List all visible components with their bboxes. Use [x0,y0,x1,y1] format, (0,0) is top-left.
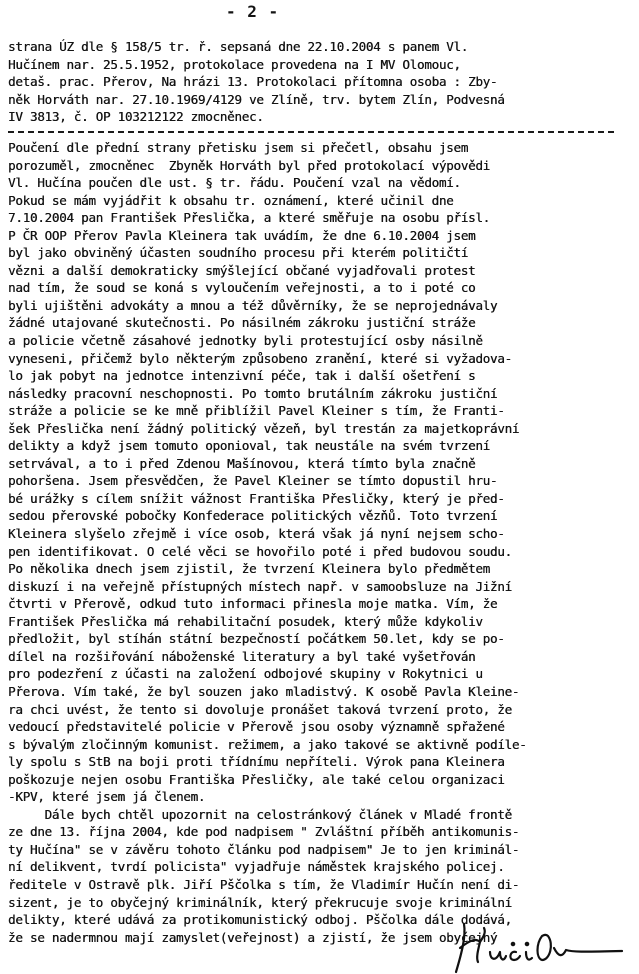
body-line: pohoršena. Jsem přesvědčen, že Pavel Kle… [8,472,633,490]
body-line: stráže a policie se ke mně přiblížil Pav… [8,402,633,420]
body-line: 7.10.2004 pan František Přeslička, a kte… [8,209,633,227]
body-line: dílel na rozšiřování náboženské literatu… [8,648,633,666]
body-line: ní delikvent, tvrdí policista" vyjadřuje… [8,858,633,876]
body-line: s bývalým zločinným komunist. režimem, a… [8,736,633,754]
body-line: ra chci uvést, že tento si dovoluje pron… [8,701,633,719]
body-line: byli ujištěni advokáty a mnou a též důvě… [8,297,633,315]
body-line: Kleinera slyšelo zřejmě i více osob, kte… [8,525,633,543]
dashed-separator [8,131,614,133]
body-line: Dále bych chtěl upozornit na celostránko… [8,806,633,824]
body-line: pro podezření z účasti na založení odboj… [8,665,633,683]
body-line: František Přeslička má rehabilitační pos… [8,613,633,631]
body-line: čtvrti v Přerově, odkud tuto informaci p… [8,595,633,613]
body-line: ly spolu s StB na boji proti třídnímu ne… [8,753,633,771]
body-line: byl jako obviněný účasten soudního proce… [8,244,633,262]
body-line: Vl. Hučína poučen dle ust. § tr. řádu. P… [8,174,633,192]
body-line: -KPV, které jsem já členem. [8,788,633,806]
body-line: pen identifikovat. O celé věci se hovoři… [8,543,633,561]
header-line: IV 3813, č. OP 103212122 zmocněnec. [8,108,633,126]
body-line: Pokud se mám vyjádřit k obsahu tr. oznám… [8,192,633,210]
body-line: bé urážky s cílem snížit vážnost Františ… [8,490,633,508]
header-line: něk Horváth nar. 27.10.1969/4129 ve Zlín… [8,91,633,109]
body-line: žádné utajované skutečnosti. Po násilném… [8,314,633,332]
header-line: Hučínem nar. 25.5.1952, protokolace prov… [8,56,633,74]
body-line: Po několika dnech jsem zjistil, že tvrze… [8,560,633,578]
body-line: vězni a další demokraticky smýšlející ob… [8,262,633,280]
header-line: detaš. prac. Přerov, Na hrázi 13. Protok… [8,73,633,91]
body-line: diskuzí i na veřejně přístupných místech… [8,578,633,596]
body-line: lo jak pobyt na jednotce intenzivní péče… [8,367,633,385]
body-line: delikty a když jsem tomuto oponioval, ta… [8,437,633,455]
body-line: sizent, je to obyčejný kriminálník, kter… [8,894,633,912]
body-line: sedou přerovské pobočky Konfederace poli… [8,507,633,525]
handwritten-signature-icon [450,918,630,974]
page-number: - 2 - [226,2,279,21]
body-line: následky pracovní neschopnosti. Po tomto… [8,385,633,403]
body-line: ředitele v Ostravě plk. Jiří Pščolka s t… [8,876,633,894]
body-line: P ČR OOP Přerov Pavla Kleinera tak uvádí… [8,227,633,245]
body-line: vedoucí představitelé policie v Přerově … [8,718,633,736]
body-line: poškozuje nejen osobu Františka Přesličk… [8,771,633,789]
statement-body: Poučení dle přední strany přetisku jsem … [8,139,633,946]
body-line: ze dne 13. října 2004, kde pod nadpisem … [8,823,633,841]
body-line: Přerova. Vím také, že byl souzen jako ml… [8,683,633,701]
protocol-header: strana ÚZ dle § 158/5 tr. ř. sepsaná dne… [8,38,633,126]
body-line: a policie včetně zásahové jednotky byli … [8,332,633,350]
body-line: předložit, byl stíhán státní bezpečností… [8,630,633,648]
body-line: šek Přeslička není žádný politický vězeň… [8,420,633,438]
body-line: nad tím, že soud se koná s vyloučením ve… [8,279,633,297]
body-line: setrvával, a to i před Zdenou Mašínovou,… [8,455,633,473]
body-line: porozuměl, zmocněnec Zbyněk Horváth byl … [8,157,633,175]
body-line: vyneseni, přičemž bylo některým způsoben… [8,350,633,368]
body-line: ty Hučína" se v závěru tohoto článku pod… [8,841,633,859]
header-line: strana ÚZ dle § 158/5 tr. ř. sepsaná dne… [8,38,633,56]
body-line: Poučení dle přední strany přetisku jsem … [8,139,633,157]
